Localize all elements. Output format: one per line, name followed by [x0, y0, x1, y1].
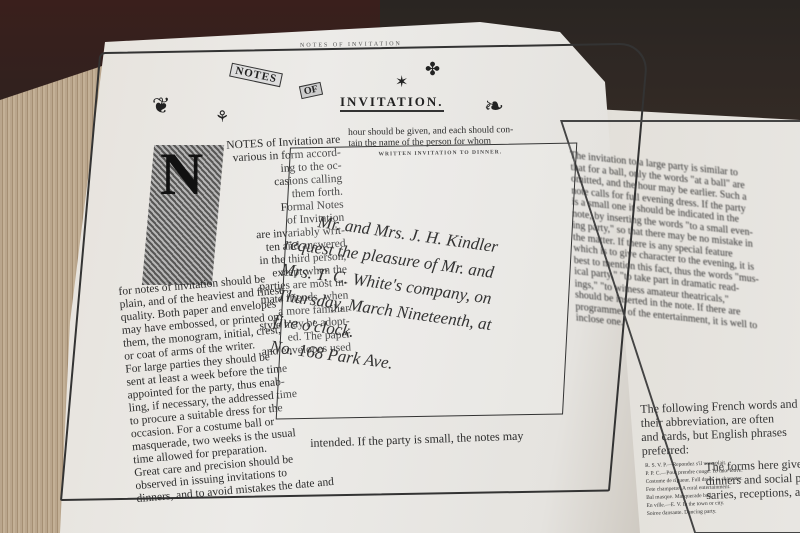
french-intro-text: The following French words and their abb…: [640, 397, 799, 458]
dropcap-letter: N: [160, 140, 203, 209]
star-ornament-icon: ✶: [395, 75, 408, 91]
closing-text: The forms here given dinners and social …: [705, 456, 800, 502]
title-word-invitation: INVITATION.: [340, 94, 444, 112]
foliage-ornament-icon: ❧: [484, 95, 504, 119]
heron-ornament-icon: ⚘: [215, 110, 229, 126]
handwritten-invitation: Mr. and Mrs. J. H. Kindler request the p…: [268, 205, 504, 390]
right-page-blurred-text: The invitation to a large party is simil…: [570, 150, 761, 344]
bird-ornament-icon: ❦: [152, 95, 170, 117]
bird-ornament-icon: ✤: [425, 60, 440, 78]
